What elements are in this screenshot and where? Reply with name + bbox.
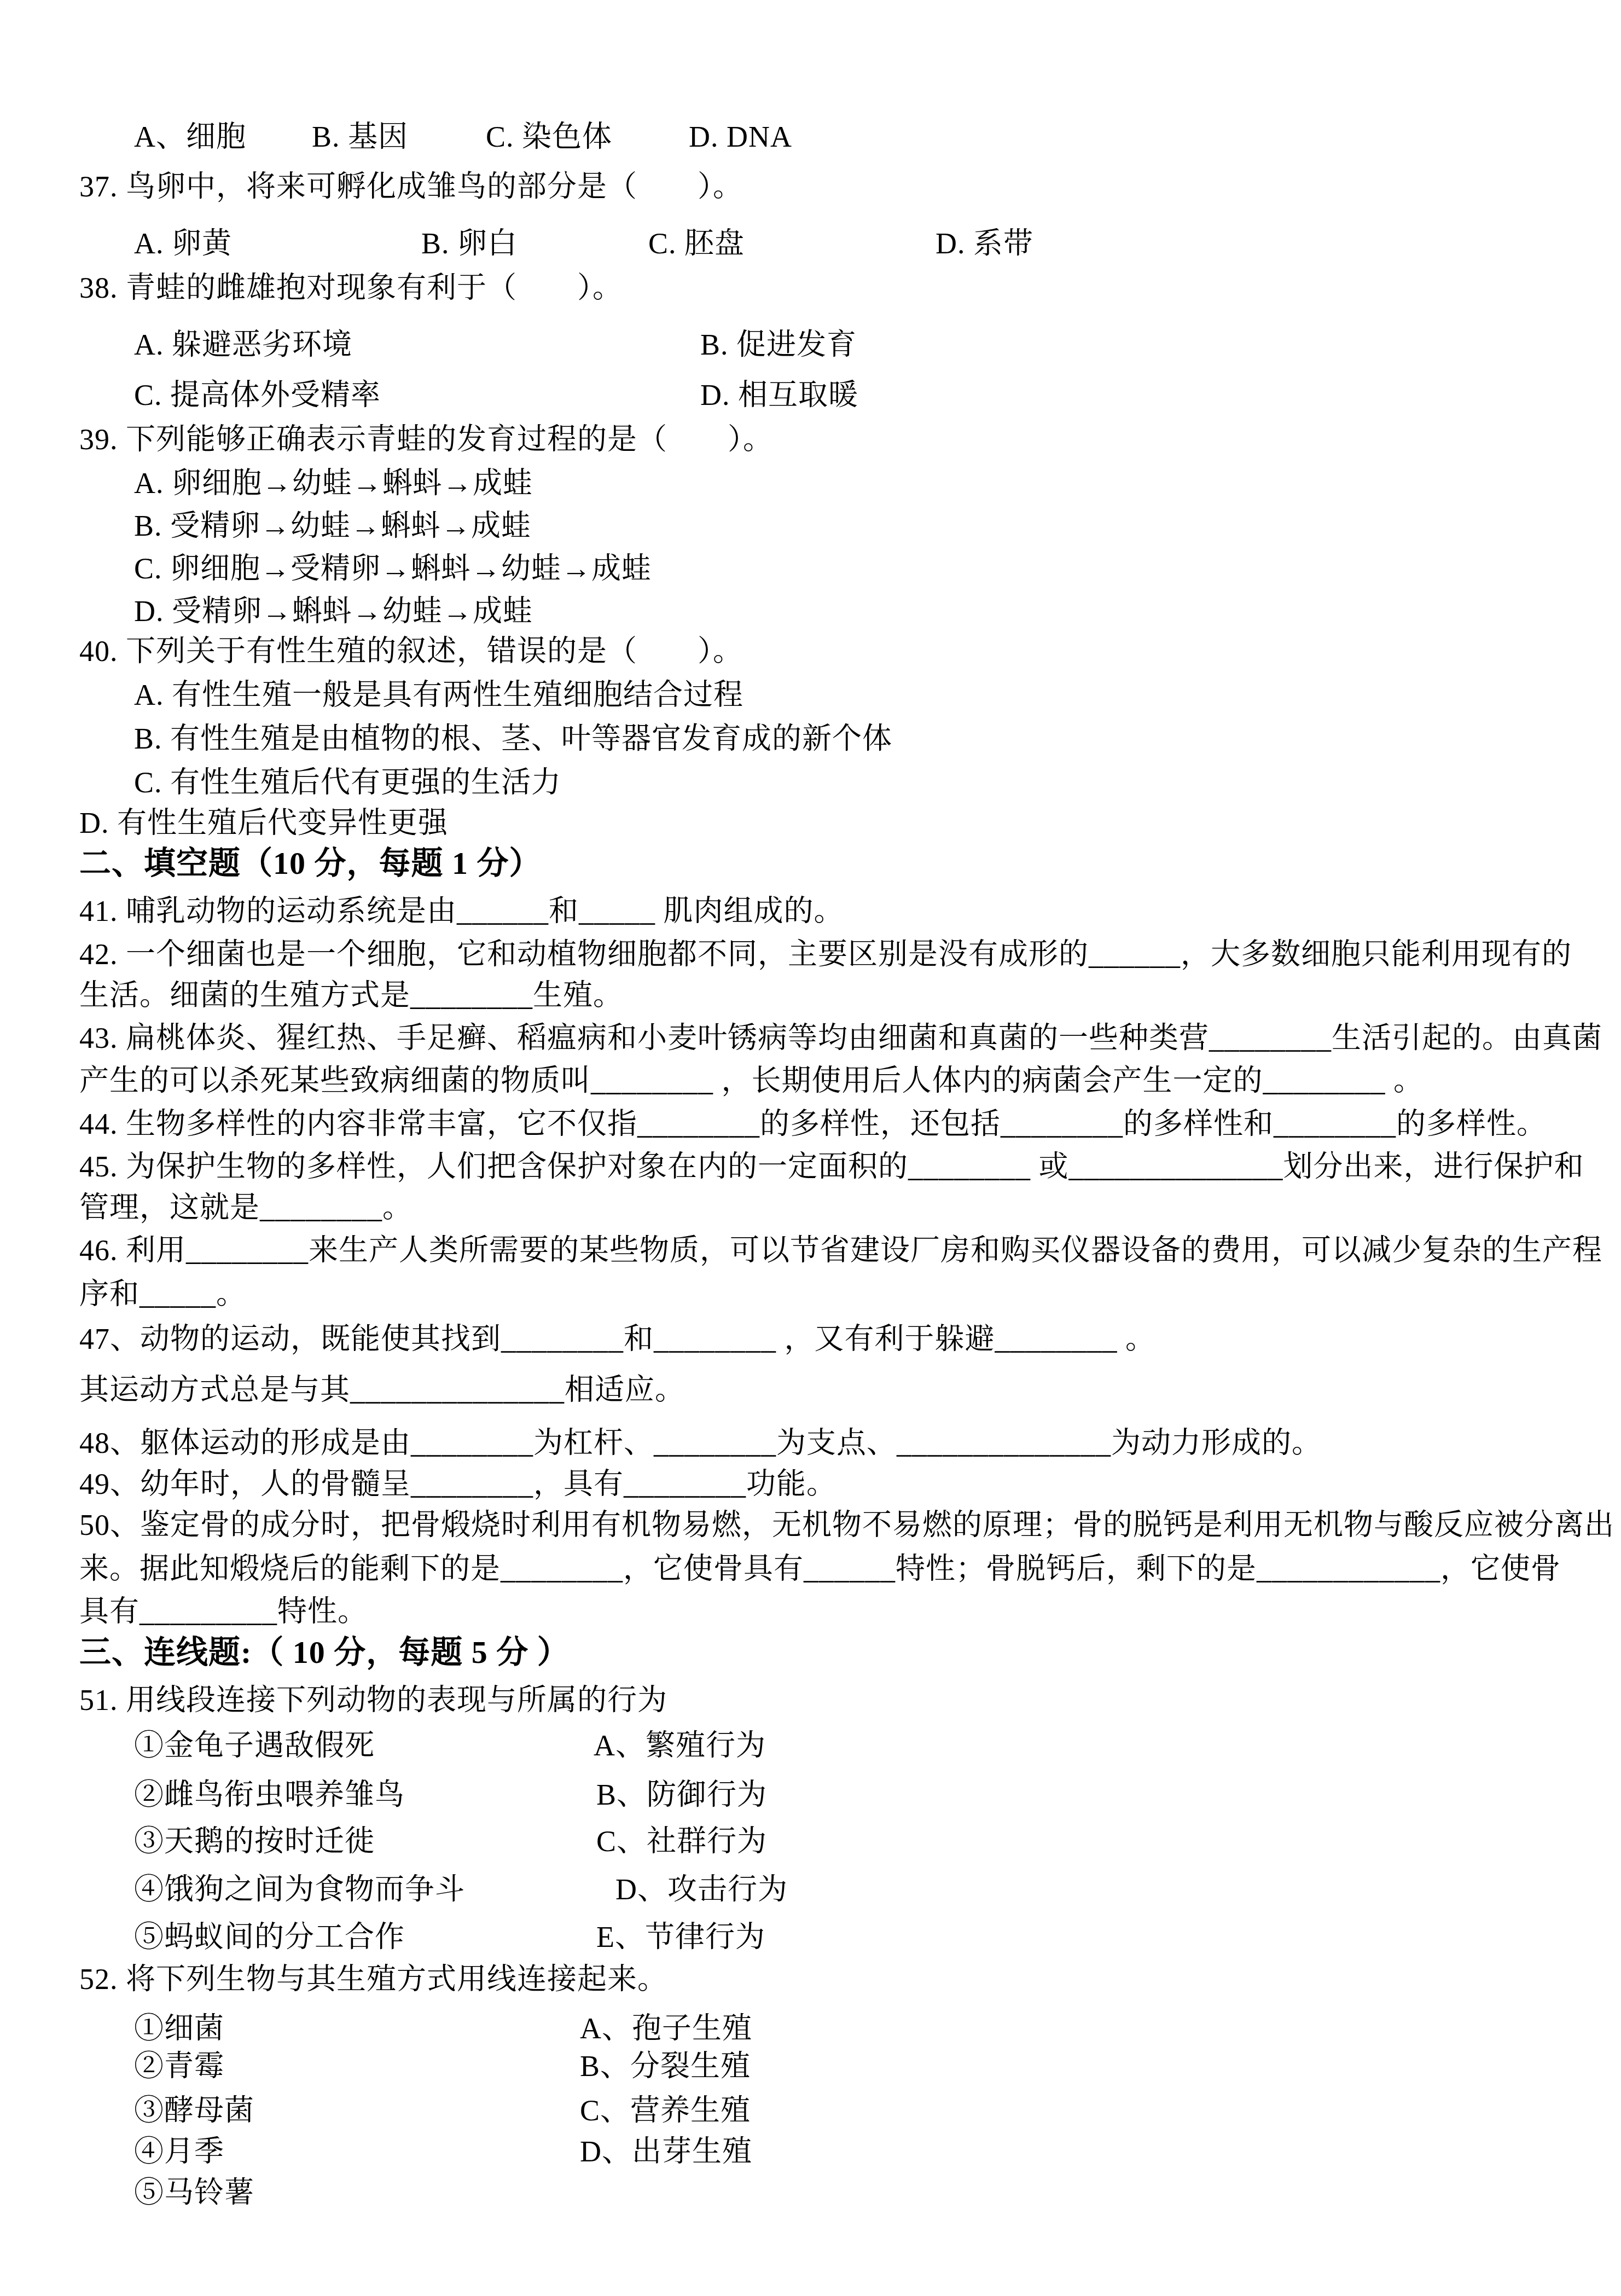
q43-question: 43. 扁桃体炎、猩红热、手足癣、稻瘟病和小麦叶锈病等均由细菌和真菌的一些种类营… <box>79 1021 1602 1056</box>
q38-option-a: A. 躲避恶劣环境 <box>134 328 352 362</box>
q51-behavior-b: B、防御行为 <box>596 1778 767 1812</box>
q49-question: 49、幼年时，人的骨髓呈________，具有________功能。 <box>79 1467 836 1501</box>
q52-item-5: ⑤马铃薯 <box>134 2176 254 2210</box>
q36-option-c: C. 染色体 <box>486 120 612 154</box>
q42-continuation: 生活。细菌的生殖方式是________生殖。 <box>79 978 623 1013</box>
section3-heading: 三、连线题:（ 10 分，每题 5 分 ） <box>79 1634 570 1671</box>
q38-option-c: C. 提高体外受精率 <box>134 378 381 413</box>
q47-question: 47、动物的运动，既能使其找到________和________ ，又有利于躲避… <box>79 1322 1155 1356</box>
q51-item-4: ④饿狗之间为食物而争斗 <box>134 1872 465 1907</box>
q40-option-b: B. 有性生殖是由植物的根、茎、叶等器官发育成的新个体 <box>134 722 892 756</box>
q43-continuation: 产生的可以杀死某些致病细菌的物质叫________ ，长期使用后人体内的病菌会产… <box>79 1064 1424 1098</box>
q37-option-b: B. 卵白 <box>421 227 518 261</box>
q51-question: 51. 用线段连接下列动物的表现与所属的行为 <box>79 1683 667 1718</box>
q38-option-b: B. 促进发育 <box>700 328 857 362</box>
q52-item-2: ②青霉 <box>134 2049 224 2084</box>
q52-item-4: ④月季 <box>134 2135 224 2169</box>
q50-continuation-1: 来。据此知煅烧后的能剩下的是________，它使骨具有______特性；骨脱钙… <box>79 1552 1561 1586</box>
section2-heading: 二、填空题（10 分，每题 1 分） <box>79 845 542 882</box>
q51-behavior-c: C、社群行为 <box>596 1824 767 1859</box>
q39-option-a: A. 卵细胞→幼蛙→蝌蚪→成蛙 <box>134 466 533 501</box>
q37-option-a: A. 卵黄 <box>134 227 232 261</box>
q39-option-c: C. 卵细胞→受精卵→蝌蚪→幼蛙→成蛙 <box>134 552 652 586</box>
q38-option-d: D. 相互取暖 <box>700 378 858 413</box>
q40-option-a: A. 有性生殖一般是具有两性生殖细胞结合过程 <box>134 678 743 712</box>
q39-question: 39. 下列能够正确表示青蛙的发育过程的是（ ）。 <box>79 422 773 457</box>
q52-method-a: A、孢子生殖 <box>580 2011 752 2046</box>
q51-item-2: ②雌鸟衔虫喂养雏鸟 <box>134 1778 405 1812</box>
q48-question: 48、躯体运动的形成是由________为杠杆、________为支点、____… <box>79 1426 1322 1460</box>
q52-method-d: D、出芽生殖 <box>580 2135 752 2169</box>
q50-continuation-2: 具有_________特性。 <box>79 1595 368 1629</box>
q51-behavior-d: D、攻击行为 <box>615 1872 788 1907</box>
q41-question: 41. 哺乳动物的运动系统是由______和_____ 肌肉组成的。 <box>79 894 844 929</box>
q40-question: 40. 下列关于有性生殖的叙述，错误的是（ ）。 <box>79 634 743 669</box>
q45-question: 45. 为保护生物的多样性，人们把含保护对象在内的一定面积的________ 或… <box>79 1150 1584 1184</box>
q46-question: 46. 利用________来生产人类所需要的某些物质，可以节省建设厂房和购买仪… <box>79 1233 1602 1268</box>
q52-item-3: ③酵母菌 <box>134 2094 254 2128</box>
exam-page: A、细胞B. 基因C. 染色体D. DNA37. 鸟卵中，将来可孵化成雏鸟的部分… <box>0 0 1621 2296</box>
q37-option-d: D. 系带 <box>936 227 1033 261</box>
q51-item-5: ⑤蚂蚁间的分工合作 <box>134 1920 405 1955</box>
q47-continuation: 其运动方式总是与其______________相适应。 <box>79 1373 685 1407</box>
q39-option-d: D. 受精卵→蝌蚪→幼蛙→成蛙 <box>134 594 533 629</box>
q38-question: 38. 青蛙的雌雄抱对现象有利于（ ）。 <box>79 271 623 305</box>
q52-question: 52. 将下列生物与其生殖方式用线连接起来。 <box>79 1962 667 1997</box>
q51-item-1: ①金龟子遇敌假死 <box>134 1729 375 1763</box>
q36-option-a: A、细胞 <box>134 120 246 154</box>
q45-continuation: 管理，这就是________。 <box>79 1191 412 1225</box>
q52-method-c: C、营养生殖 <box>580 2094 751 2128</box>
q40-option-d: D. 有性生殖后代变异性更强 <box>79 806 448 840</box>
q50-question: 50、鉴定骨的成分时，把骨煅烧时利用有机物易燃，无机物不易燃的原理；骨的脱钙是利… <box>79 1508 1614 1543</box>
q51-item-3: ③天鹅的按时迁徙 <box>134 1824 375 1859</box>
q51-behavior-e: E、节律行为 <box>596 1920 765 1955</box>
q36-option-d: D. DNA <box>689 120 792 154</box>
q39-option-b: B. 受精卵→幼蛙→蝌蚪→成蛙 <box>134 509 531 543</box>
q37-option-c: C. 胚盘 <box>648 227 745 261</box>
q52-method-b: B、分裂生殖 <box>580 2049 751 2084</box>
q51-behavior-a: A、繁殖行为 <box>594 1729 766 1763</box>
q44-question: 44. 生物多样性的内容非常丰富，它不仅指________的多样性，还包括___… <box>79 1107 1547 1141</box>
q52-item-1: ①细菌 <box>134 2011 224 2046</box>
q46-continuation: 序和_____。 <box>79 1277 246 1312</box>
q37-question: 37. 鸟卵中，将来可孵化成雏鸟的部分是（ ）。 <box>79 170 743 204</box>
q40-option-c: C. 有性生殖后代有更强的生活力 <box>134 766 561 800</box>
q42-question: 42. 一个细菌也是一个细胞，它和动植物细胞都不同，主要区别是没有成形的____… <box>79 937 1572 972</box>
q36-option-b: B. 基因 <box>312 120 408 154</box>
